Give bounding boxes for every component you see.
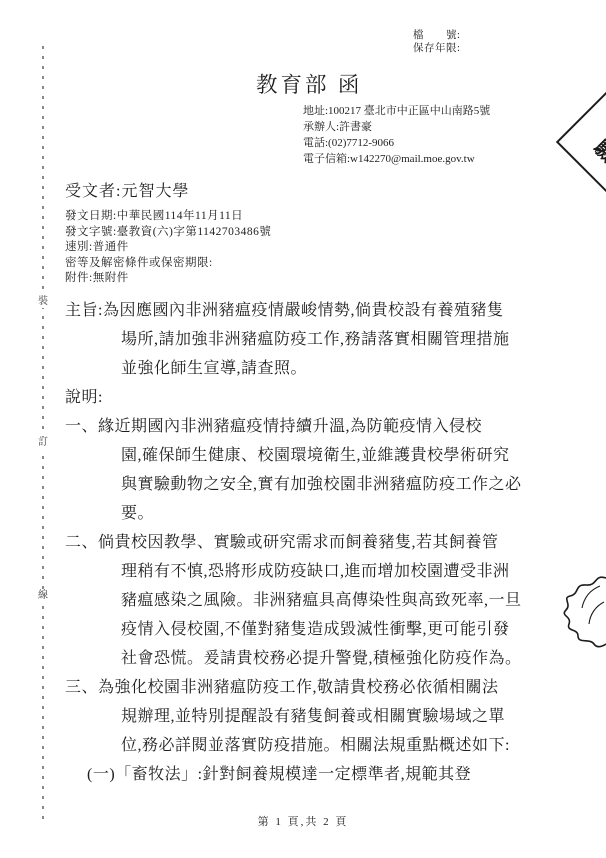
body-text-line: 並強化師生宣導,請查照。: [121, 354, 606, 383]
official-letter-page: 檔 號: 保存年限: 教育部 函 地址:100217 臺北市中正區中山南路5號承…: [0, 0, 606, 858]
retention-period-label: 保存年限:: [413, 42, 460, 55]
sender-contact-line: 電子信箱:w142270@mail.moe.gov.tw: [303, 151, 490, 167]
body-text-line: 社會恐慌。爰請貴校務必提升警覺,積極強化防疫作為。: [121, 644, 606, 673]
sender-contact-line: 電話:(02)7712-9066: [303, 135, 490, 151]
binding-mark-ding: 訂: [37, 437, 49, 449]
document-title: 教育部 函: [256, 68, 362, 99]
body-text-line: 與實驗動物之安全,實有加強校園非洲豬瘟防疫工作之必: [121, 470, 606, 499]
body-text-line: 二、倘貴校因教學、實驗或研究需求而飼養豬隻,若其飼養管: [65, 528, 606, 557]
file-number-block: 檔 號: 保存年限:: [413, 29, 460, 55]
body-text-line: 三、為強化校園非洲豬瘟防疫工作,敬請貴校務必依循相關法: [65, 673, 606, 702]
partial-seal-icon: [560, 572, 606, 657]
body-text-line: 園,確保師生健康、校園環境衛生,並維護貴校學術研究: [121, 441, 606, 470]
receipt-stamp: 文驗: [556, 87, 606, 197]
body-text-line: 要。: [121, 499, 606, 528]
body-text-line: 場所,請加強非洲豬瘟防疫工作,務請落實相關管理措施: [121, 325, 606, 354]
file-number-label: 檔 號:: [413, 29, 460, 42]
body-text-line: 一、緣近期國內非洲豬瘟疫情持續升溫,為防範疫情入侵校: [65, 412, 606, 441]
document-meta-line: 發文字號:臺教資(六)字第1142703486號: [65, 225, 271, 241]
body-text-line: 說明:: [65, 383, 606, 412]
body-text-line: 疫情入侵校園,不僅對豬隻造成毀滅性衝擊,更可能引發: [121, 615, 606, 644]
sender-contact-line: 承辦人:許書豪: [303, 119, 490, 135]
body-text-line: 豬瘟感染之風險。非洲豬瘟具高傳染性與高致死率,一旦: [121, 586, 606, 615]
sender-contact-block: 地址:100217 臺北市中正區中山南路5號承辦人:許書豪電話:(02)7712…: [303, 103, 490, 167]
sender-contact-line: 地址:100217 臺北市中正區中山南路5號: [303, 103, 490, 119]
binding-mark-xian: 線: [37, 590, 49, 602]
document-meta-line: 速別:普通件: [65, 240, 271, 256]
binding-dotted-line: [42, 46, 44, 822]
recipient-line: 受文者:元智大學: [65, 178, 189, 201]
body-text-line: 理稍有不慎,恐將形成防疫缺口,進而增加校園遭受非洲: [121, 557, 606, 586]
document-meta-line: 附件:無附件: [65, 271, 271, 287]
document-meta-line: 密等及解密條件或保密期限:: [65, 256, 271, 272]
body-text-line: 位,務必詳閱並落實防疫措施。相關法規重點概述如下:: [121, 731, 606, 760]
binding-mark-zhuang: 裝: [37, 296, 49, 308]
letter-body: 主旨:為因應國內非洲豬瘟疫情嚴峻情勢,倘貴校設有養殖豬隻場所,請加強非洲豬瘟防疫…: [0, 296, 606, 789]
document-meta-block: 發文日期:中華民國114年11月11日發文字號:臺教資(六)字第11427034…: [65, 209, 271, 287]
receipt-stamp-text: 文驗: [584, 115, 606, 169]
body-text-line: (一)「畜牧法」:針對飼養規模達一定標準者,規範其登: [87, 760, 606, 789]
body-text-line: 規辦理,並特別提醒設有豬隻飼養或相關實驗場域之單: [121, 702, 606, 731]
body-text-line: 主旨:為因應國內非洲豬瘟疫情嚴峻情勢,倘貴校設有養殖豬隻: [65, 296, 606, 325]
document-meta-line: 發文日期:中華民國114年11月11日: [65, 209, 271, 225]
page-number-footer: 第 1 頁,共 2 頁: [0, 813, 606, 829]
